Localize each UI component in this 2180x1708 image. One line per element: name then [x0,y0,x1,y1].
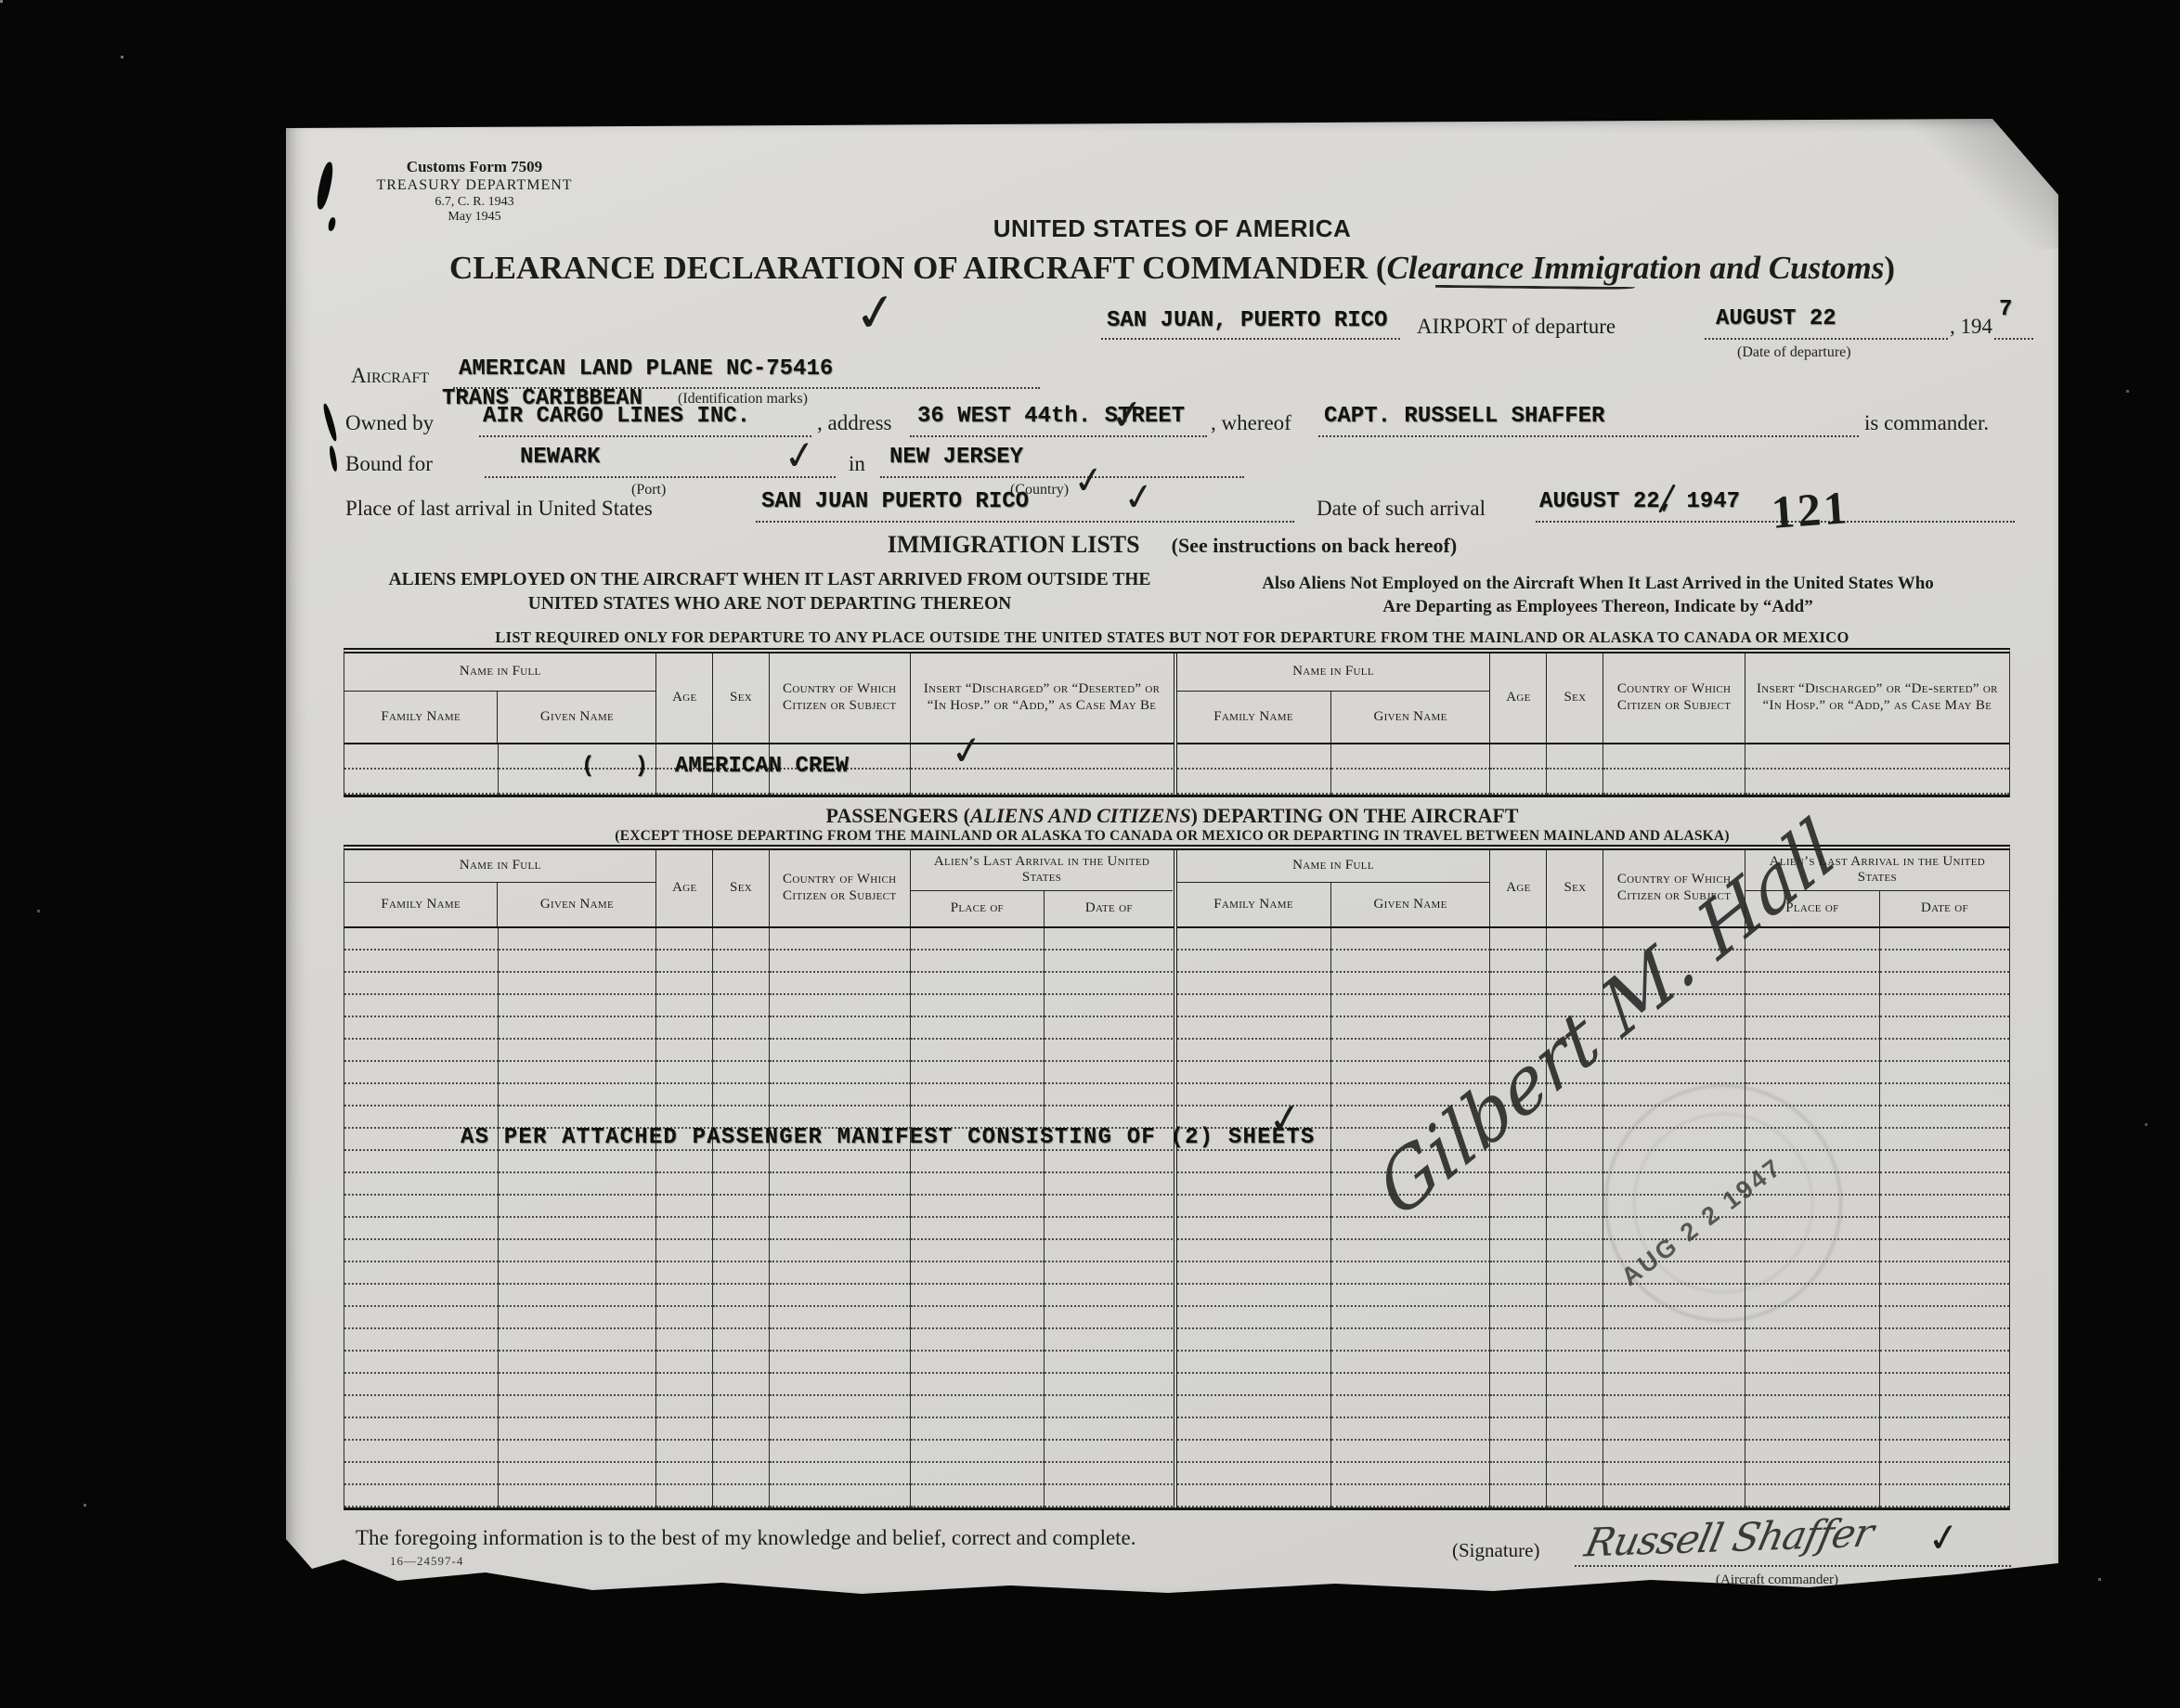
cell-age [1490,1329,1547,1352]
cell-family-name [344,1396,499,1418]
cell-date-of-arrival [1880,1084,2009,1106]
column-name-in-full: Name in Full Family Name Given Name [1177,653,1491,743]
fill-in-line [1994,336,2033,340]
cell-country [770,995,911,1017]
cell-sex [1547,1374,1603,1396]
cell-age [656,995,713,1017]
cell-given-name [499,1352,656,1374]
cell-date-of-arrival [1880,1418,2009,1441]
checkmark-annotation: ✓ [1108,394,1148,439]
header-name-in-full: Name in Full [344,850,655,883]
cell-date-of-arrival [1045,1196,1173,1218]
cell-country [1603,1329,1745,1352]
name-subheaders: Family Name Given Name [344,883,655,926]
cell-family-name [1177,1017,1332,1040]
cell-family-name [344,1062,499,1084]
crew-table-right-half: Name in Full Family Name Given Name Age … [1177,653,2010,795]
cell-place-of-arrival [911,1441,1045,1463]
cell-sex [1547,1285,1603,1307]
cell-age [1490,1240,1547,1262]
cell-sex [1547,1352,1603,1374]
cell-age [656,1240,713,1262]
empty-table-row [1177,1173,2010,1196]
cell-age [1490,1485,1547,1507]
cell-place-of-arrival [911,1352,1045,1374]
list-required-note: LIST REQUIRED ONLY FOR DEPARTURE TO ANY … [286,628,2058,647]
cell-age [656,1151,713,1173]
fill-in-line [756,519,1294,523]
cell-given-name [499,928,656,951]
cell-place-of-arrival [911,1285,1045,1307]
typed-aircraft-id: AMERICAN LAND PLANE NC-75416 [459,356,833,382]
empty-table-row [1177,951,2010,973]
cell-age [656,1374,713,1396]
empty-table-row [344,1262,1174,1285]
cell-country [770,1218,911,1240]
header-label: Date of [1921,900,1968,917]
cell-date-of-arrival [1880,1173,2009,1196]
empty-table-row [1177,1329,2010,1352]
header-date-of: Date of [1880,891,2009,926]
header-age: Age [1490,653,1547,743]
cell-age [1490,1441,1547,1463]
cell-given-name [499,1017,656,1040]
cell-given-name [499,1151,656,1173]
empty-table-row [1177,1151,2010,1173]
cell-age [656,1441,713,1463]
cell-sex [713,995,770,1017]
cell-date-of-arrival [1045,1441,1173,1463]
cell-given-name [1331,744,1490,770]
cell-family-name [344,1262,499,1285]
header-family-name: Family Name [344,883,498,926]
cell-insert-status [911,770,1174,795]
cell-place-of-arrival [1745,1441,1880,1463]
header-label: Name in Full [460,664,541,680]
cell-place-of-arrival [1745,1463,1880,1485]
cell-sex [713,1262,770,1285]
typed-owner-line2: AIR CARGO LINES INC. [483,404,750,429]
header-label: Country of Which Citizen or Subject [775,872,904,904]
header-label: Family Name [381,897,461,913]
cell-given-name [1331,1418,1490,1441]
empty-table-row [344,1329,1174,1352]
aircraft-label: Aircraft [351,364,429,388]
cell-sex [1547,928,1603,951]
cell-given-name [1331,1485,1490,1507]
cell-family-name [1177,1084,1332,1106]
cell-place-of-arrival [911,951,1045,973]
cell-place-of-arrival [1745,973,1880,995]
cell-given-name [499,1396,656,1418]
cell-age [1490,770,1547,795]
typed-port: NEWARK [520,445,600,470]
cell-sex [713,1084,770,1106]
cell-age [1490,1196,1547,1218]
cell-given-name [499,1307,656,1329]
cell-place-of-arrival [1745,1374,1880,1396]
header-label: Age [672,880,696,897]
cell-place-of-arrival [911,1262,1045,1285]
crew-table-header-left: Name in Full Family Name Given Name Age … [344,653,1174,744]
cell-date-of-arrival [1045,1374,1173,1396]
ink-blot [321,403,338,442]
main-title-close: ) [1884,250,1895,286]
typed-commander-name: CAPT. RUSSELL SHAFFER [1324,404,1604,429]
cell-date-of-arrival [1045,1218,1173,1240]
column-name-in-full: Name in Full Family Name Given Name [344,653,656,743]
cell-place-of-arrival [911,1040,1045,1062]
cell-family-name [344,1040,499,1062]
aircraft-commander-caption: (Aircraft commander) [1716,1572,1838,1588]
cell-sex [713,1196,770,1218]
empty-table-row [344,1418,1174,1441]
cell-given-name [1331,973,1490,995]
cell-age [656,1084,713,1106]
cell-family-name [344,1441,499,1463]
cell-family-name [344,1151,499,1173]
cell-date-of-arrival [1880,1485,2009,1507]
cell-place-of-arrival [911,1374,1045,1396]
cell-family-name [344,744,499,770]
cell-date-of-arrival [1880,928,2009,951]
cell-date-of-arrival [1045,1285,1173,1307]
empty-table-row [344,1374,1174,1396]
cell-given-name [1331,1352,1490,1374]
cell-country [770,1418,911,1441]
cell-given-name [499,1084,656,1106]
cell-age [1490,1173,1547,1196]
main-title: CLEARANCE DECLARATION OF AIRCRAFT COMMAN… [286,250,2058,287]
department-name: TREASURY DEPARTMENT [340,176,609,194]
print-code: 16—24597-4 [390,1554,463,1569]
cell-country [770,1329,911,1352]
place-of-last-arrival-label: Place of last arrival in United States [345,497,653,521]
cell-place-of-arrival [1745,951,1880,973]
cell-date-of-arrival [1880,1307,2009,1329]
cell-place-of-arrival [911,1084,1045,1106]
cell-country [770,1196,911,1218]
header-given-name: Given Name [1331,692,1490,743]
cell-sex [713,1352,770,1374]
empty-table-row [344,995,1174,1017]
cell-insert-status [1745,744,2009,770]
header-label: Sex [1564,880,1586,897]
cell-place-of-arrival [911,1307,1045,1329]
year-prefix: , 194 [1950,315,1992,339]
empty-table-row [344,1485,1174,1507]
empty-table-row [344,1062,1174,1084]
cell-sex [713,1396,770,1418]
cell-family-name [1177,1352,1332,1374]
cell-date-of-arrival [1880,1106,2009,1129]
date-of-departure-caption: (Date of departure) [1737,344,1851,361]
cell-sex [1547,1129,1603,1151]
cell-date-of-arrival [1045,1062,1173,1084]
typed-year-digit: 7 [1999,297,2012,322]
crew-rows-right [1177,744,2010,795]
cell-given-name [1331,1307,1490,1329]
cell-date-of-arrival [1045,1352,1173,1374]
cell-family-name [344,1173,499,1196]
in-label: in [849,452,865,476]
cell-sex [1547,1418,1603,1441]
cell-sex [713,1040,770,1062]
cell-sex [713,1329,770,1352]
cell-date-of-arrival [1045,1084,1173,1106]
cell-country [770,1352,911,1374]
cell-family-name [1177,973,1332,995]
commander-signature: Russell Shaffer [1581,1509,1877,1565]
typed-departure-date: AUGUST 22 [1716,306,1836,331]
typed-crew-entry: ( ) AMERICAN CREW [581,754,849,779]
cell-place-of-arrival [911,1418,1045,1441]
cell-age [656,1285,713,1307]
cell-age [1490,744,1547,770]
header-label: Name in Full [460,858,541,874]
cell-country [770,1307,911,1329]
cell-country [1603,1463,1745,1485]
cell-family-name [1177,1040,1332,1062]
header-family-name: Family Name [1177,883,1331,926]
column-name-in-full: Name in Full Family Name Given Name [1177,850,1491,926]
cell-date-of-arrival [1045,1017,1173,1040]
typed-manifest-note: AS PER ATTACHED PASSENGER MANIFEST CONSI… [461,1125,1316,1150]
cell-country [1603,770,1745,795]
typed-arrival-date: AUGUST 22, 1947 [1539,489,1740,514]
scan-background: { "colors": { "background": "#060606", "… [0,0,2180,1708]
checkmark-annotation: ✓ [781,434,819,477]
cell-sex [1547,744,1603,770]
cell-date-of-arrival [1880,1062,2009,1084]
passenger-rows-left [344,928,1174,1507]
cell-date-of-arrival [1880,1017,2009,1040]
cell-family-name [1177,744,1332,770]
empty-table-row [1177,928,2010,951]
empty-table-row [344,1240,1174,1262]
header-sex: Sex [713,850,770,926]
cell-place-of-arrival [911,1396,1045,1418]
cell-sex [1547,1396,1603,1418]
cell-place-of-arrival [911,1151,1045,1173]
cell-place-of-arrival [911,1017,1045,1040]
passengers-title-close: ) DEPARTING ON THE AIRCRAFT [1191,804,1519,827]
date-of-arrival-label: Date of such arrival [1317,497,1486,521]
header-label: Name in Full [1292,664,1374,680]
cell-place-of-arrival [1745,1485,1880,1507]
empty-table-row [344,1218,1174,1240]
header-insert-status: Insert “Discharged” or “De-serted” or “I… [1745,653,2009,743]
cell-given-name [1331,1240,1490,1262]
cell-family-name [344,1329,499,1352]
cell-date-of-arrival [1880,1040,2009,1062]
cell-sex [713,1485,770,1507]
cell-family-name [1177,1262,1332,1285]
cell-given-name [1331,995,1490,1017]
cell-age [1490,1218,1547,1240]
checkmark-annotation: ✓ [1121,477,1157,518]
cell-date-of-arrival [1880,1196,2009,1218]
scan-dust-specks [0,0,3,3]
cell-age [656,1173,713,1196]
header-date-of: Date of [1045,891,1173,926]
cell-date-of-arrival [1880,1129,2009,1151]
cell-place-of-arrival [911,973,1045,995]
passengers-title-italic: ALIENS AND CITIZENS [970,804,1191,827]
header-label: Family Name [1213,709,1293,726]
cell-given-name [499,1218,656,1240]
cell-date-of-arrival [1880,1151,2009,1173]
cell-sex [713,1441,770,1463]
regulation-reference: 6.7, C. R. 1943 [340,195,609,211]
header-label: Date of [1085,900,1133,917]
empty-table-row [1177,1285,2010,1307]
cell-given-name [1331,1285,1490,1307]
cell-age [1490,995,1547,1017]
bound-for-label: Bound for [345,452,433,476]
empty-table-row [1177,1307,2010,1329]
signature-line [1575,1563,2011,1567]
checkmark-annotation: ✓ [1071,460,1107,501]
cell-age [656,1040,713,1062]
cell-age [656,1418,713,1441]
empty-table-row [344,928,1174,951]
cell-family-name [1177,770,1332,795]
ink-blot [329,446,339,472]
cell-sex [713,1463,770,1485]
typed-departure-city: SAN JUAN, PUERTO RICO [1107,308,1387,333]
cell-country [770,928,911,951]
cell-date-of-arrival [1880,1396,2009,1418]
cell-age [656,1196,713,1218]
cell-country [770,951,911,973]
cell-sex [1547,1151,1603,1173]
name-subheaders: Family Name Given Name [1177,883,1490,926]
header-sex: Sex [713,653,770,743]
cell-family-name [1177,951,1332,973]
cell-age [1490,1374,1547,1396]
cell-given-name [1331,1463,1490,1485]
cell-place-of-arrival [1745,995,1880,1017]
cell-given-name [499,1485,656,1507]
empty-table-row [344,1173,1174,1196]
empty-table-row [1177,1418,2010,1441]
passenger-table-right-half: Name in Full Family Name Given Name Age … [1177,850,2010,1507]
header-label: Place of [951,900,1004,917]
cell-given-name [499,973,656,995]
cell-place-of-arrival [1745,1418,1880,1441]
cell-given-name [1331,928,1490,951]
cell-age [1490,1262,1547,1285]
cell-place-of-arrival [911,928,1045,951]
fill-in-line [1101,336,1400,340]
empty-table-row [344,951,1174,973]
cell-family-name [344,1307,499,1329]
header-name-in-full: Name in Full [344,653,655,692]
cell-sex [1547,1173,1603,1196]
crew-table-header-right: Name in Full Family Name Given Name Age … [1177,653,2010,744]
cell-age [1490,1463,1547,1485]
cell-date-of-arrival [1880,1218,2009,1240]
empty-table-row [1177,744,2010,770]
column-alien-last-arrival: Alien’s Last Arrival in the United State… [911,850,1174,926]
cell-date-of-arrival [1045,1418,1173,1441]
cell-given-name [1331,1396,1490,1418]
cell-given-name [499,951,656,973]
empty-table-row [344,1151,1174,1173]
cell-given-name [499,1285,656,1307]
form-number: Customs Form 7509 [340,158,609,176]
cell-family-name [344,1240,499,1262]
cell-given-name [499,1196,656,1218]
cell-date-of-arrival [1045,1329,1173,1352]
cell-sex [1547,1441,1603,1463]
cell-sex [713,1173,770,1196]
whereof-label: , whereof [1211,411,1291,435]
fill-in-line [1318,433,1859,437]
cell-given-name [499,1418,656,1441]
header-label: Country of Which Citizen or Subject [1609,681,1738,714]
cell-given-name [499,1062,656,1084]
cell-place-of-arrival [911,1173,1045,1196]
immigration-lists-title: IMMIGRATION LISTS [888,531,1140,558]
cell-given-name [1331,1017,1490,1040]
cell-country [1603,1352,1745,1374]
cell-date-of-arrival [1880,1352,2009,1374]
empty-table-row [344,1463,1174,1485]
cell-sex [1547,770,1603,795]
cell-family-name [1177,1240,1332,1262]
cell-age [656,1307,713,1329]
cell-date-of-arrival [1880,973,2009,995]
header-family-name: Family Name [1177,692,1331,743]
empty-table-row [344,1040,1174,1062]
owned-by-label: Owned by [345,411,434,435]
cell-sex [1547,1463,1603,1485]
header-label: Family Name [1213,897,1293,913]
fill-in-line [485,474,836,478]
cell-country [770,1017,911,1040]
cell-family-name [1177,1485,1332,1507]
header-sex: Sex [1547,850,1603,926]
header-country: Country of Which Citizen or Subject [1603,653,1745,743]
empty-table-row [344,1084,1174,1106]
cell-age [656,928,713,951]
header-label: Age [672,690,696,706]
cell-date-of-arrival [1880,951,2009,973]
cell-country [1603,1062,1745,1084]
cell-family-name [344,995,499,1017]
cell-country [1603,744,1745,770]
cell-given-name [499,1441,656,1463]
cell-place-of-arrival [911,1240,1045,1262]
header-label: Given Name [540,897,614,913]
header-label: Sex [1564,690,1586,706]
cell-sex [1547,951,1603,973]
aliens-not-employed-note: Also Aliens Not Employed on the Aircraft… [1250,572,1946,618]
cell-family-name [1177,1151,1332,1173]
cell-date-of-arrival [1045,1262,1173,1285]
cell-given-name [499,1463,656,1485]
immigration-lists-subtitle: (See instructions on back hereof) [1172,534,1458,557]
empty-table-row [344,1285,1174,1307]
header-given-name: Given Name [1331,883,1490,926]
cell-sex [1547,1196,1603,1218]
cell-age [1490,928,1547,951]
cell-family-name [344,1418,499,1441]
nation-heading: UNITED STATES OF AMERICA [286,214,2058,243]
address-label: , address [817,411,891,435]
